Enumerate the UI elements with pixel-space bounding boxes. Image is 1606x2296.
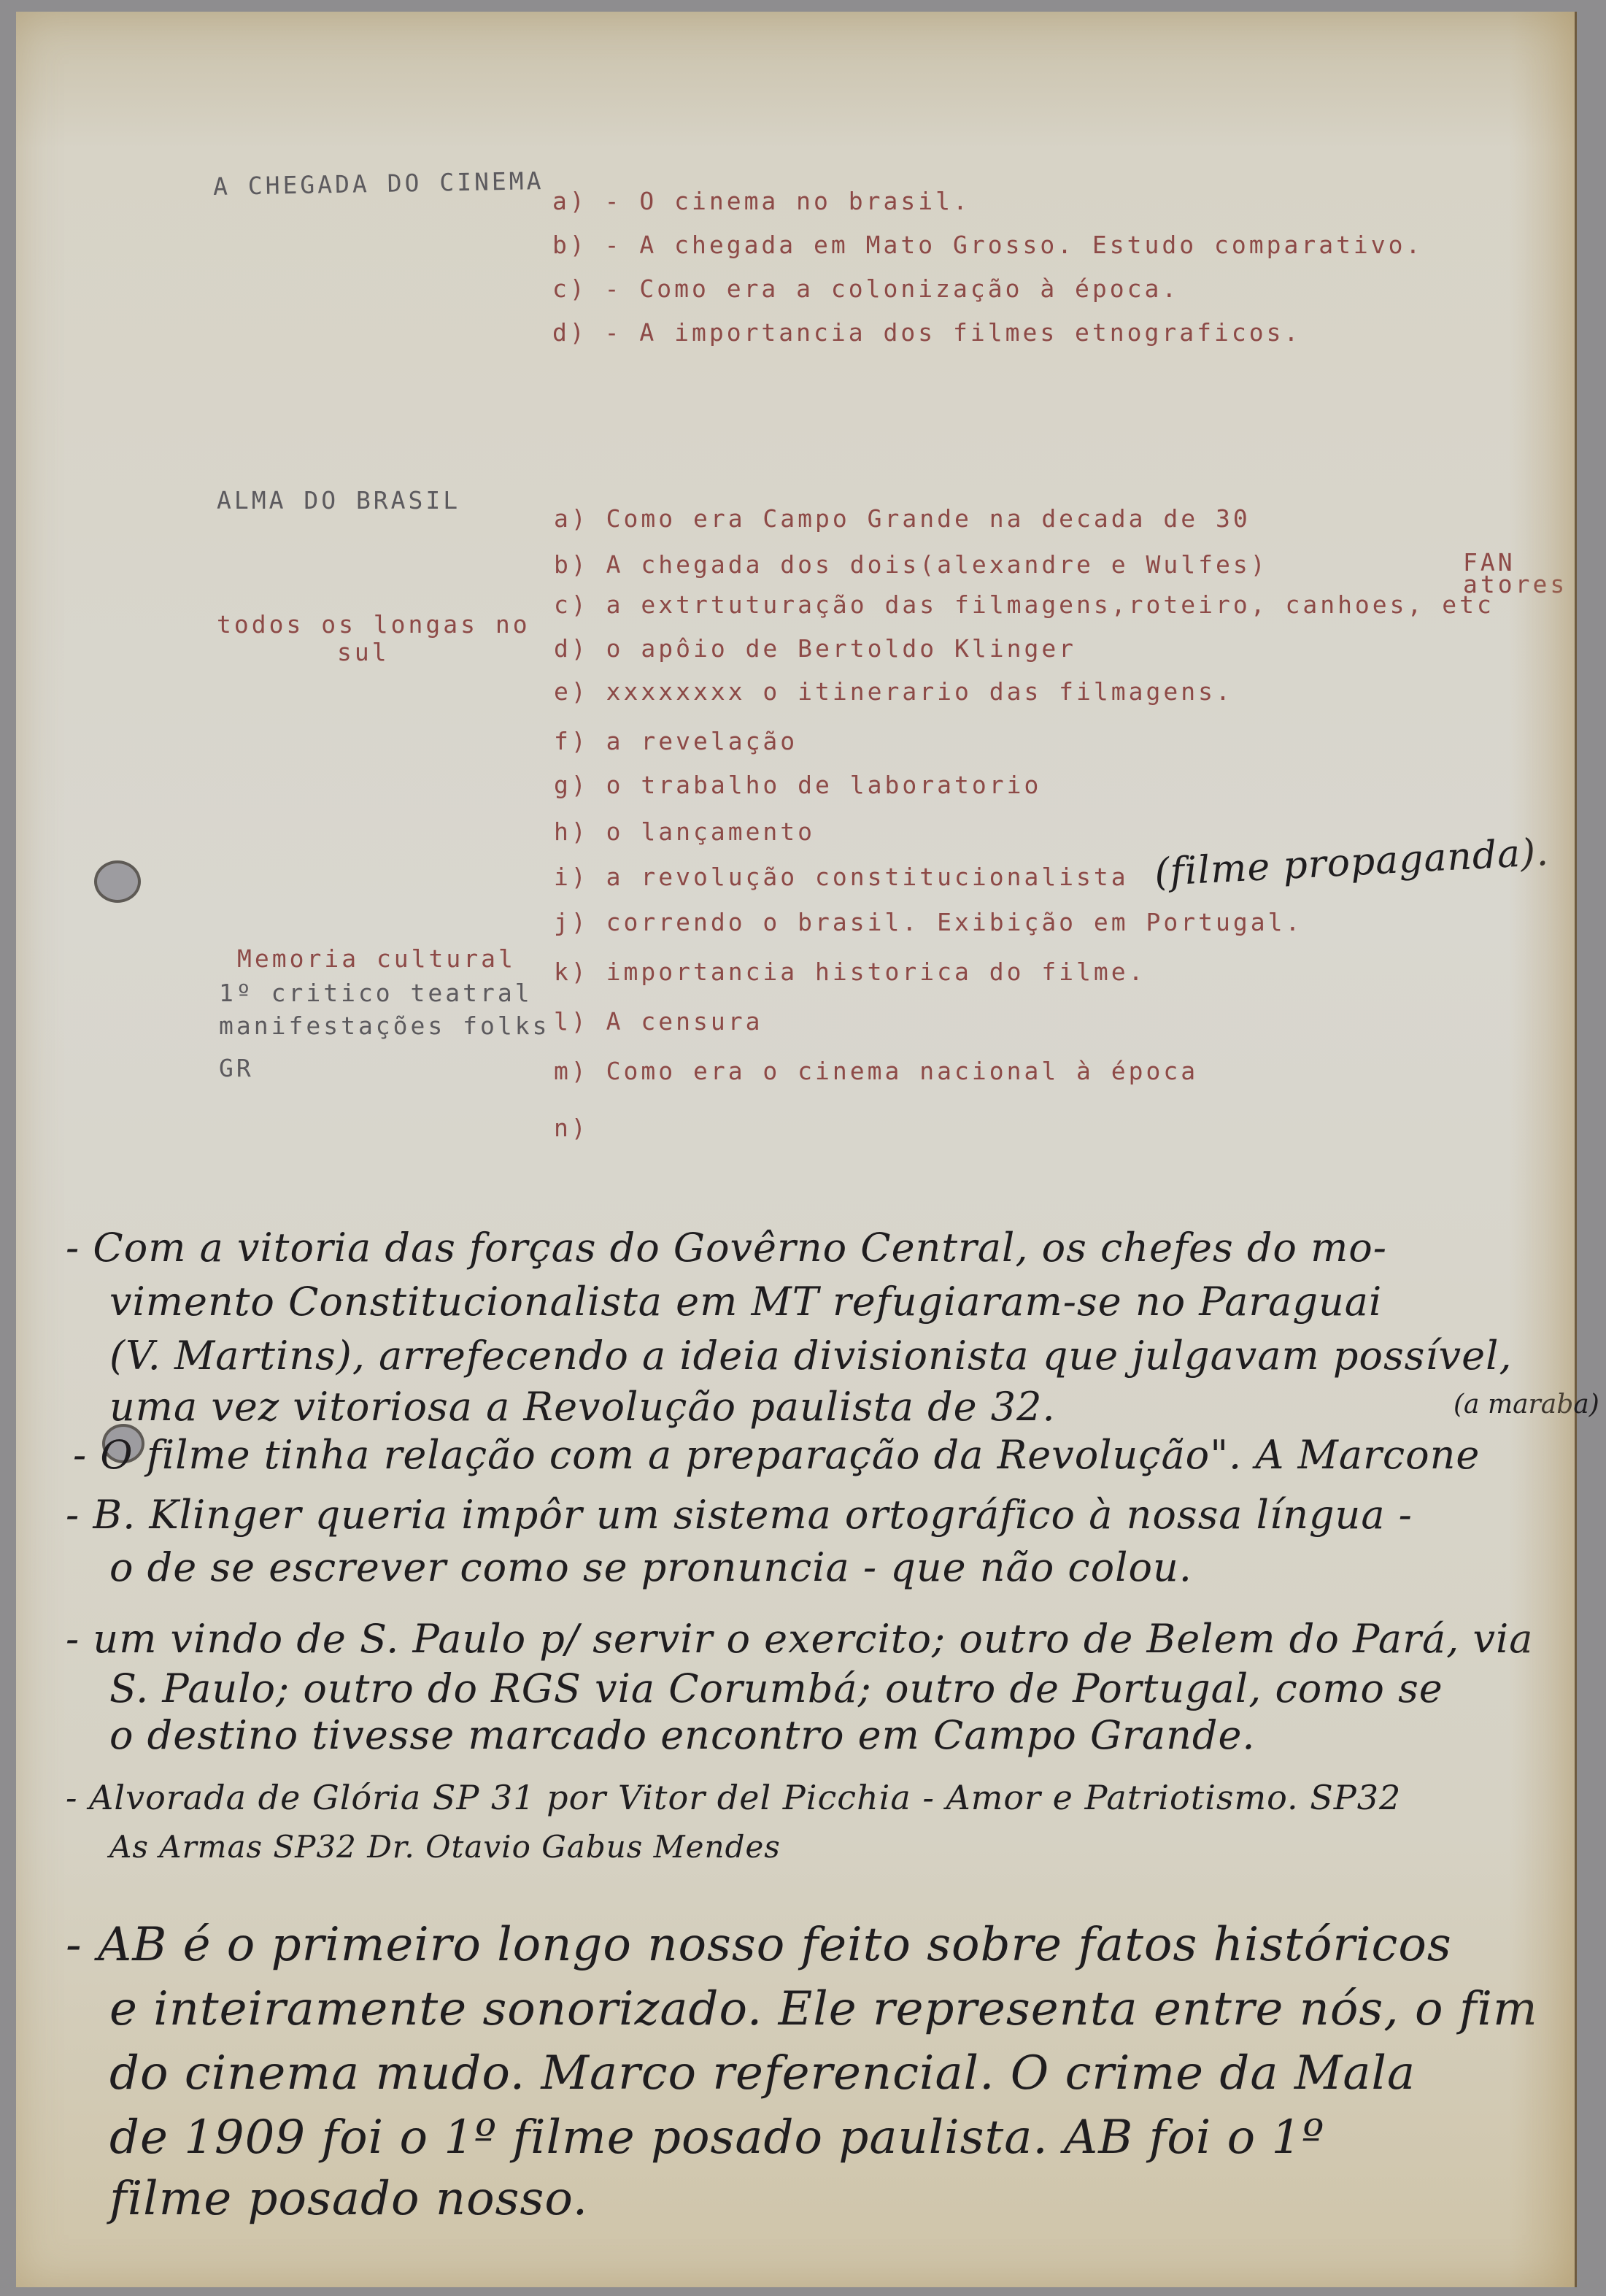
document-page: A CHEGADA DO CINEMA a) - O cinema no bra… <box>16 12 1577 2287</box>
note6-line2: e inteiramente sonorizado. Ele represent… <box>109 1982 1538 2036</box>
item-text: Como era Campo Grande na decada de 30 <box>606 504 1251 533</box>
punch-hole <box>94 860 141 903</box>
item-label: k) <box>554 958 589 986</box>
section2-item-a: a) Como era Campo Grande na decada de 30 <box>554 504 1251 533</box>
item-text: Como era o cinema nacional à época <box>606 1057 1199 1085</box>
item-text: a extrtuturação das filmagens,roteiro, c… <box>606 590 1494 619</box>
section2-item-f: f) a revelação <box>554 727 798 755</box>
item-text: o apôio de Bertoldo Klinger <box>606 634 1076 663</box>
note6-line4: de 1909 foi o 1º filme posado paulista. … <box>109 2111 1324 2165</box>
item-text: o lançamento <box>606 817 815 846</box>
section2-item-j: j) correndo o brasil. Exibição em Portug… <box>554 908 1302 936</box>
section-title-a-chegada-do-cinema: A CHEGADA DO CINEMA <box>213 166 544 201</box>
item-text: correndo o brasil. Exibição em Portugal. <box>606 908 1303 936</box>
item-label: g) <box>554 771 589 799</box>
note6-line1: - AB é o primeiro longo nosso feito sobr… <box>66 1918 1452 1972</box>
section1-item-d: d) - A importancia dos filmes etnografic… <box>552 318 1301 347</box>
item-label: c) <box>552 274 587 303</box>
item-label: a) <box>554 504 589 533</box>
item-text: - A chegada em Mato Grosso. Estudo compa… <box>605 231 1424 259</box>
item-text: - O cinema no brasil. <box>605 187 970 215</box>
item-text: a revolução constitucionalista <box>606 863 1129 891</box>
note1-line3: (V. Martins), arrefecendo a ideia divisi… <box>109 1333 1513 1379</box>
item-label: l) <box>554 1007 589 1036</box>
item-text: xxxxxxxx o itinerario das filmagens. <box>606 677 1233 706</box>
section2-item-n: n) <box>554 1114 589 1142</box>
margin-note-memoria-cultural: Memoria cultural <box>237 944 516 973</box>
item-text: o trabalho de laboratorio <box>606 771 1042 799</box>
section2-item-b: b) A chegada dos dois(alexandre e Wulfes… <box>554 550 1268 579</box>
section2-item-h: h) o lançamento <box>554 817 815 846</box>
section2-item-g: g) o trabalho de laboratorio <box>554 771 1041 799</box>
section-title-alma-do-brasil: ALMA DO BRASIL <box>217 486 460 515</box>
section2-item-d: d) o apôio de Bertoldo Klinger <box>554 634 1076 663</box>
note2-line1: - O filme tinha relação com a preparação… <box>73 1432 1480 1478</box>
note4-line1: - um vindo de S. Paulo p/ servir o exerc… <box>66 1616 1533 1662</box>
item-label: j) <box>554 908 589 936</box>
note2-annotation: (a maraba) <box>1453 1390 1599 1419</box>
item-text: A censura <box>606 1007 763 1036</box>
note1-line4: uma vez vitoriosa a Revolução paulista d… <box>109 1384 1056 1430</box>
item-text: - Como era a colonização à época. <box>605 274 1180 303</box>
note6-line3: do cinema mudo. Marco referencial. O cri… <box>109 2046 1416 2100</box>
item-label: n) <box>554 1114 589 1142</box>
item-label: f) <box>554 727 589 755</box>
section2-item-k: k) importancia historica do filme. <box>554 958 1146 986</box>
margin-note-todos-os-longas: todos os longas no <box>217 610 530 639</box>
handwritten-note-filme-propaganda: (filme propaganda). <box>1154 831 1550 895</box>
note1-line2: vimento Constitucionalista em MT refugia… <box>109 1279 1382 1325</box>
item-label: e) <box>554 677 589 706</box>
item-label: c) <box>554 590 589 619</box>
item-text: - A importancia dos filmes etnograficos. <box>605 318 1302 347</box>
section2-item-i: i) a revolução constitucionalista <box>554 863 1129 891</box>
item-label: h) <box>554 817 589 846</box>
margin-note-atores: atores <box>1463 570 1567 598</box>
note3-line2: o de se escrever como se pronuncia - que… <box>109 1544 1192 1590</box>
section2-item-e: e) xxxxxxxx o itinerario das filmagens. <box>554 677 1233 706</box>
note3-line1: - B. Klinger queria impôr um sistema ort… <box>66 1492 1413 1538</box>
item-text: A chegada dos dois(alexandre e Wulfes) <box>606 550 1268 579</box>
section1-item-a: a) - O cinema no brasil. <box>552 187 970 215</box>
section2-item-l: l) A censura <box>554 1007 763 1036</box>
note6-line5: filme posado nosso. <box>109 2172 588 2226</box>
item-label: d) <box>552 318 587 347</box>
note5-line1: - Alvorada de Glória SP 31 por Vitor del… <box>66 1778 1401 1817</box>
note4-line3: o destino tivesse marcado encontro em Ca… <box>109 1712 1256 1758</box>
margin-note-gr: GR <box>219 1054 254 1082</box>
margin-note-manifestacoes: manifestações folks <box>219 1012 550 1040</box>
section2-item-m: m) Como era o cinema nacional à época <box>554 1057 1198 1085</box>
item-label: i) <box>554 863 589 891</box>
item-label: m) <box>554 1057 589 1085</box>
note1-line1: - Com a vitoria das forças do Govêrno Ce… <box>66 1225 1387 1271</box>
section2-item-c: c) a extrtuturação das filmagens,roteiro… <box>554 590 1494 619</box>
item-label: a) <box>552 187 587 215</box>
item-text: importancia historica do filme. <box>606 958 1146 986</box>
note4-line2: S. Paulo; outro do RGS via Corumbá; outr… <box>109 1665 1443 1711</box>
item-label: b) <box>552 231 587 259</box>
section1-item-b: b) - A chegada em Mato Grosso. Estudo co… <box>552 231 1423 259</box>
item-label: b) <box>554 550 589 579</box>
item-label: d) <box>554 634 589 663</box>
section1-item-c: c) - Como era a colonização à época. <box>552 274 1179 303</box>
note5-line2: As Armas SP32 Dr. Otavio Gabus Mendes <box>109 1829 781 1865</box>
item-text: a revelação <box>606 727 798 755</box>
margin-note-sul: sul <box>337 638 390 666</box>
margin-note-critico-teatral: 1º critico teatral <box>219 979 533 1007</box>
